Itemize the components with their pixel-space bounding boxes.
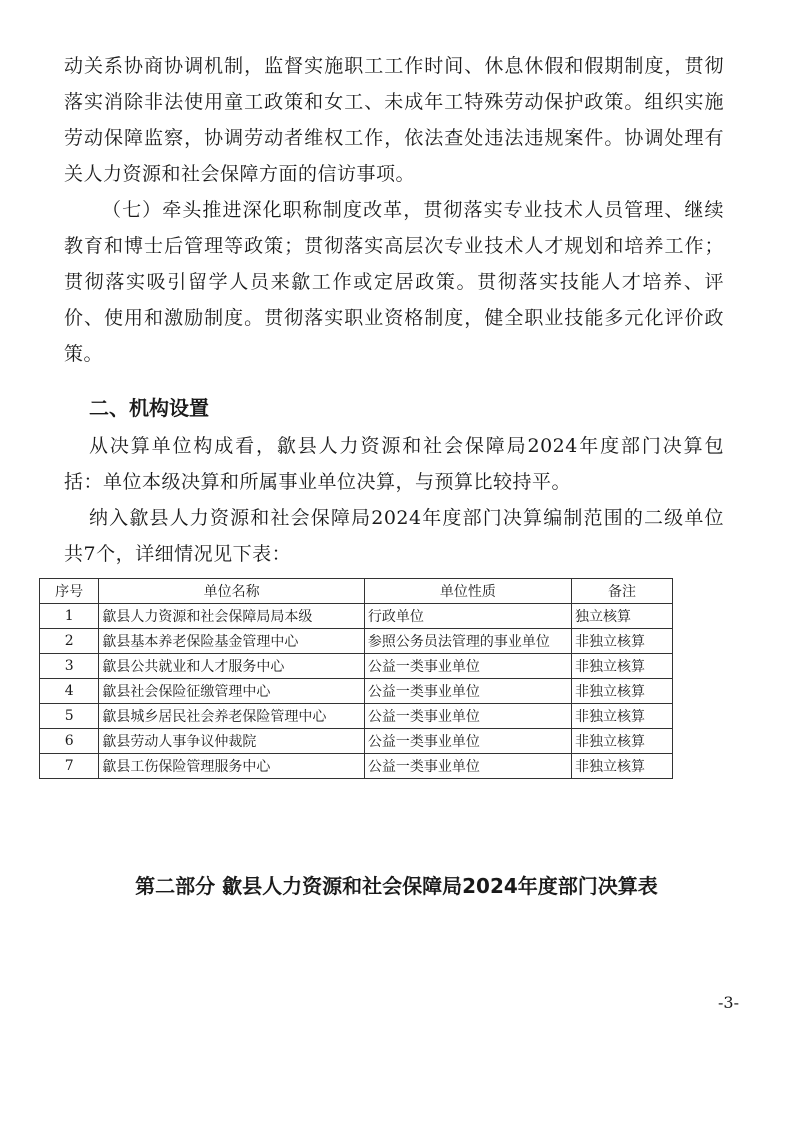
paragraph-unit-composition: 从决算单位构成看，歙县人力资源和社会保障局2024年度部门决算包括：单位本级决算… (64, 428, 724, 500)
cell-unit-type: 公益一类事业单位 (364, 729, 571, 754)
table-row: 2 歙县基本养老保险基金管理中心 参照公务员法管理的事业单位 非独立核算 (40, 629, 673, 654)
cell-unit-name: 歙县工伤保险管理服务中心 (99, 754, 364, 779)
cell-unit-type: 参照公务员法管理的事业单位 (364, 629, 571, 654)
cell-unit-name: 歙县城乡居民社会养老保险管理中心 (99, 704, 364, 729)
paragraph-title-reform: （七）牵头推进深化职称制度改革，贯彻落实专业技术人员管理、继续教育和博士后管理等… (64, 192, 724, 372)
cell-remarks: 非独立核算 (572, 629, 673, 654)
table-row: 3 歙县公共就业和人才服务中心 公益一类事业单位 非独立核算 (40, 654, 673, 679)
units-table: 序号 单位名称 单位性质 备注 1 歙县人力资源和社会保障局局本级 行政单位 独… (39, 578, 673, 779)
cell-unit-type: 公益一类事业单位 (364, 679, 571, 704)
page-number: -3- (718, 993, 739, 1012)
cell-unit-name: 歙县公共就业和人才服务中心 (99, 654, 364, 679)
paragraph-unit-count: 纳入歙县人力资源和社会保障局2024年度部门决算编制范围的二级单位共7个，详细情… (64, 500, 724, 572)
table-row: 1 歙县人力资源和社会保障局局本级 行政单位 独立核算 (40, 604, 673, 629)
cell-index: 4 (40, 679, 99, 704)
cell-remarks: 非独立核算 (572, 729, 673, 754)
cell-index: 3 (40, 654, 99, 679)
cell-unit-name: 歙县社会保险征缴管理中心 (99, 679, 364, 704)
header-index: 序号 (40, 579, 99, 604)
header-unit-name: 单位名称 (99, 579, 364, 604)
cell-unit-name: 歙县人力资源和社会保障局局本级 (99, 604, 364, 629)
cell-unit-type: 公益一类事业单位 (364, 704, 571, 729)
table-row: 7 歙县工伤保险管理服务中心 公益一类事业单位 非独立核算 (40, 754, 673, 779)
cell-index: 1 (40, 604, 99, 629)
part-two-title: 第二部分 歙县人力资源和社会保障局2024年度部门决算表 (0, 870, 793, 899)
cell-index: 2 (40, 629, 99, 654)
section-heading-organization: 二、机构设置 (89, 392, 209, 421)
table-header-row: 序号 单位名称 单位性质 备注 (40, 579, 673, 604)
cell-remarks: 非独立核算 (572, 679, 673, 704)
cell-remarks: 非独立核算 (572, 754, 673, 779)
cell-remarks: 非独立核算 (572, 704, 673, 729)
header-unit-type: 单位性质 (364, 579, 571, 604)
paragraph-labor-relations: 动关系协商协调机制，监督实施职工工作时间、休息休假和假期制度，贯彻落实消除非法使… (64, 48, 724, 192)
table-row: 6 歙县劳动人事争议仲裁院 公益一类事业单位 非独立核算 (40, 729, 673, 754)
cell-index: 6 (40, 729, 99, 754)
cell-remarks: 独立核算 (572, 604, 673, 629)
cell-unit-type: 公益一类事业单位 (364, 754, 571, 779)
cell-unit-type: 公益一类事业单位 (364, 654, 571, 679)
cell-unit-name: 歙县劳动人事争议仲裁院 (99, 729, 364, 754)
cell-index: 5 (40, 704, 99, 729)
cell-index: 7 (40, 754, 99, 779)
header-remarks: 备注 (572, 579, 673, 604)
cell-remarks: 非独立核算 (572, 654, 673, 679)
table-row: 4 歙县社会保险征缴管理中心 公益一类事业单位 非独立核算 (40, 679, 673, 704)
table-row: 5 歙县城乡居民社会养老保险管理中心 公益一类事业单位 非独立核算 (40, 704, 673, 729)
cell-unit-name: 歙县基本养老保险基金管理中心 (99, 629, 364, 654)
cell-unit-type: 行政单位 (364, 604, 571, 629)
